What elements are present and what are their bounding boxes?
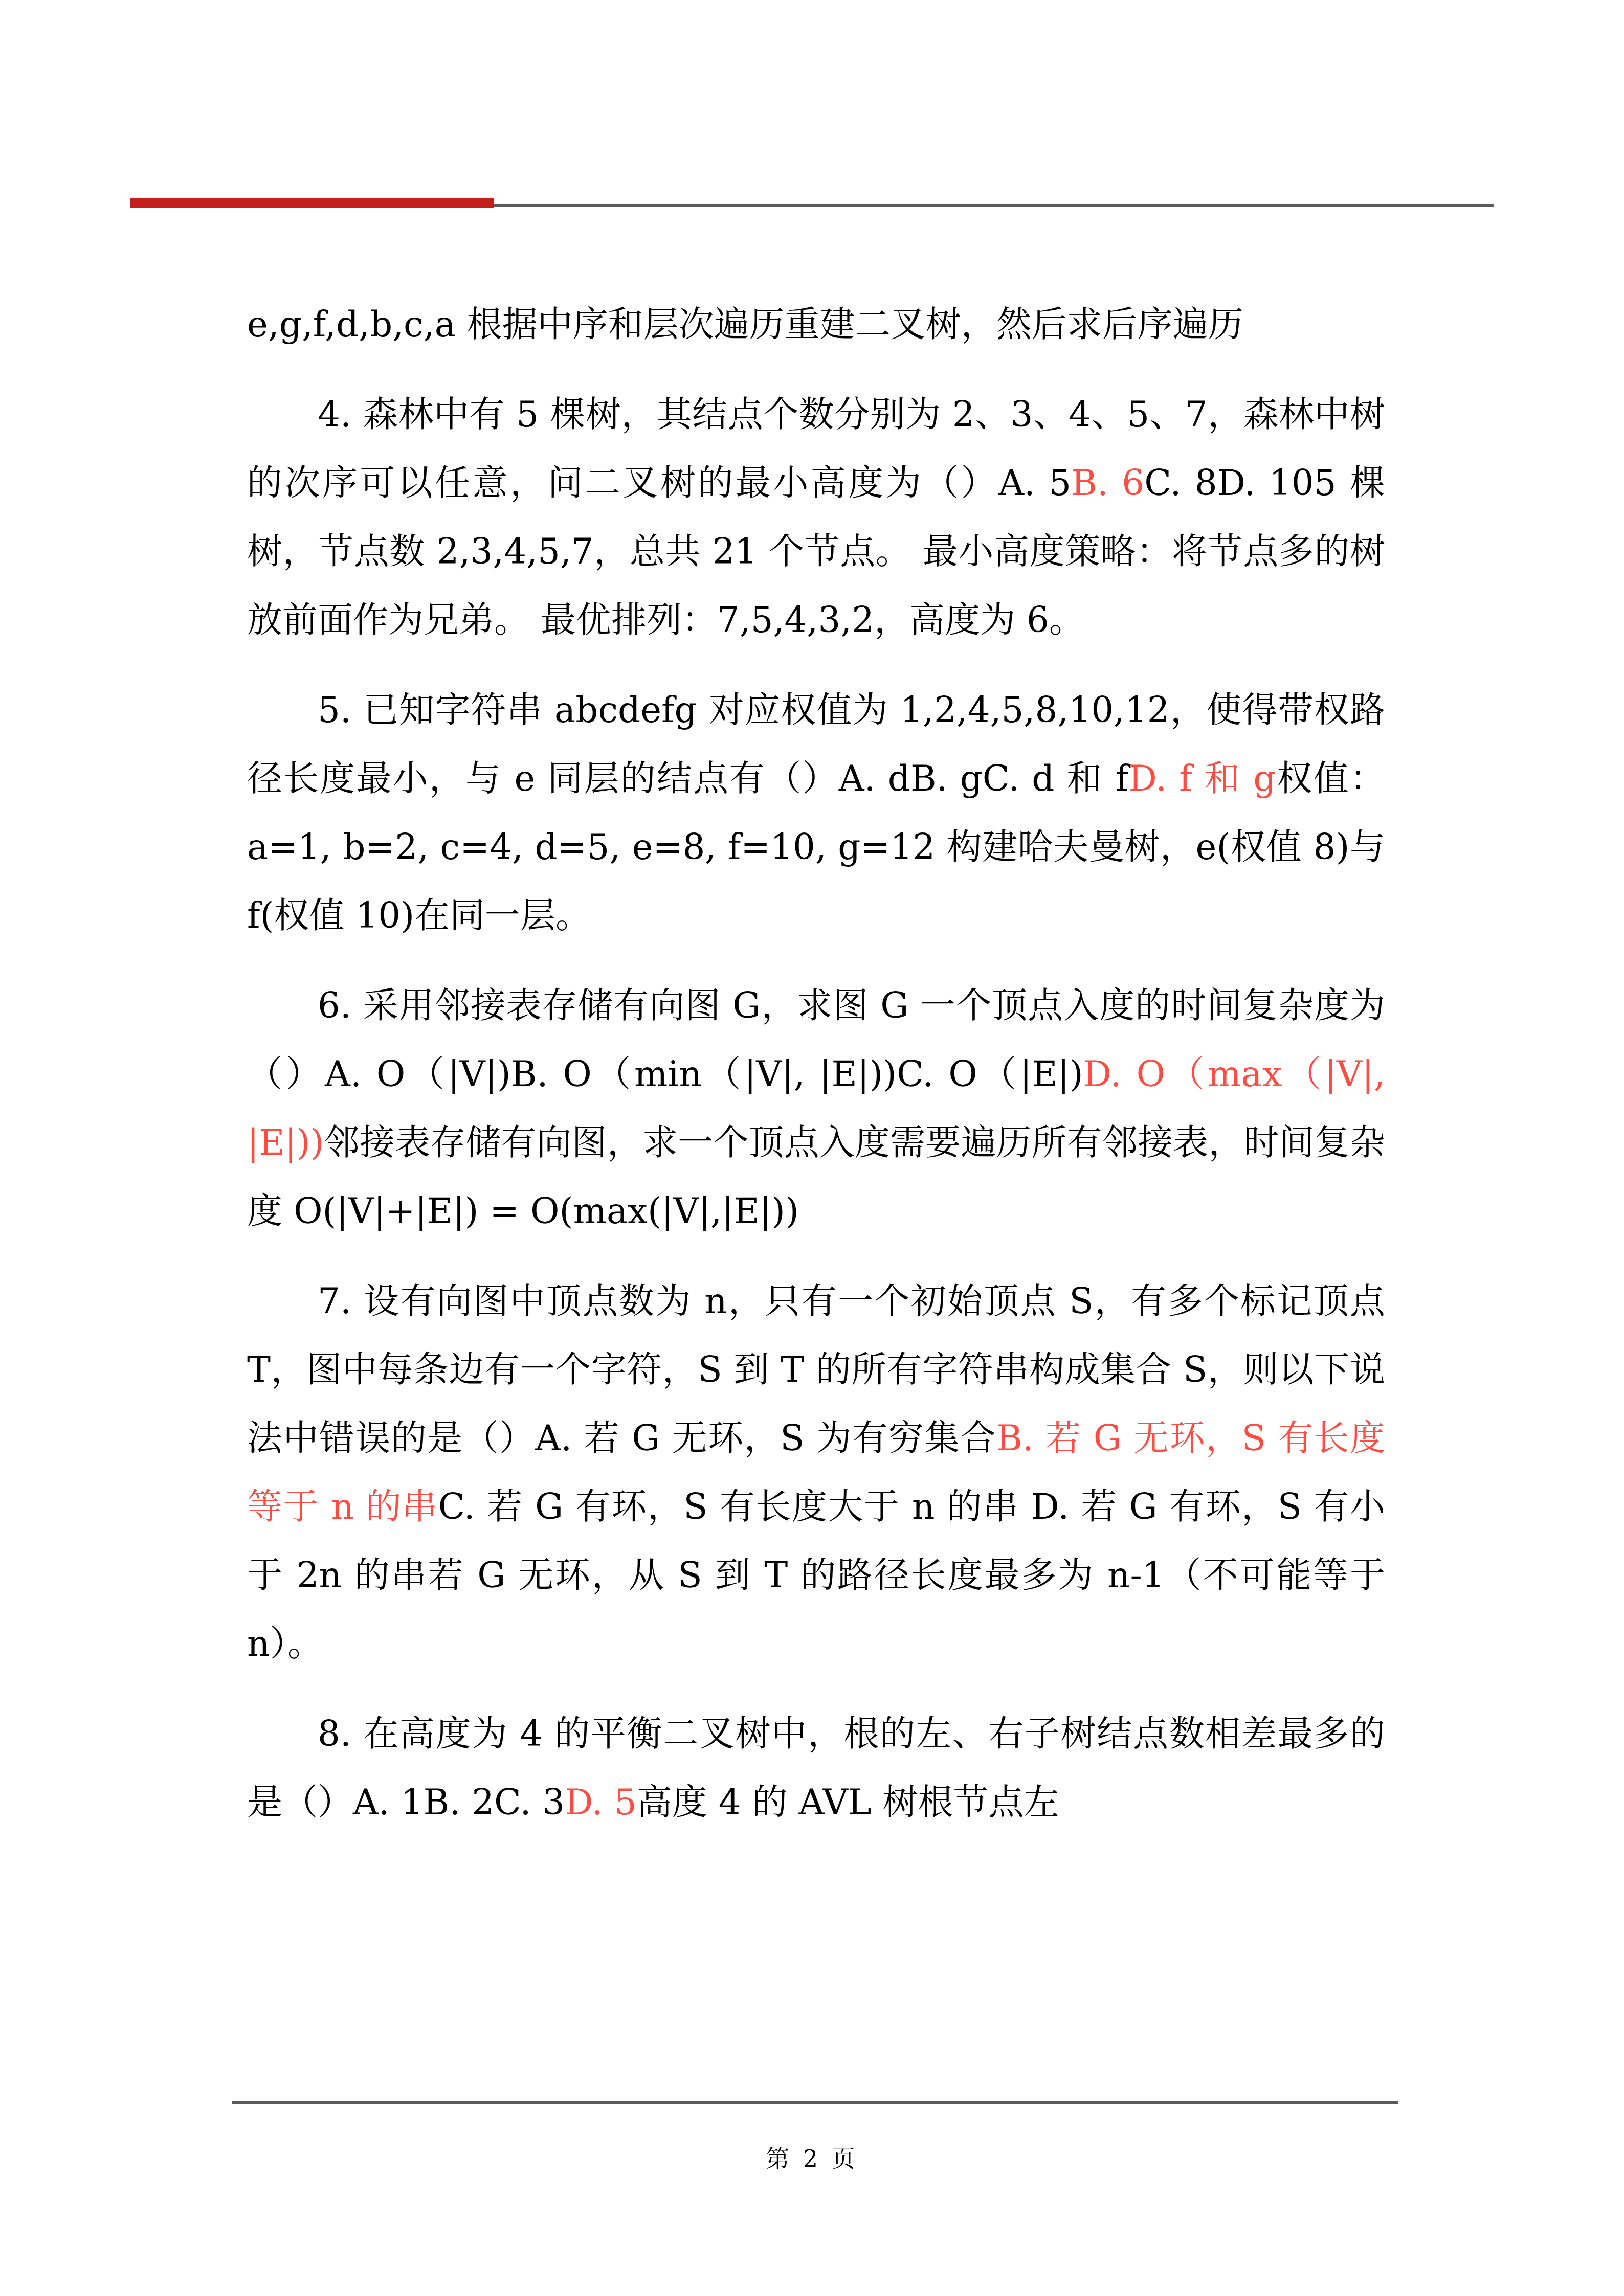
correct-answer: B. 6 [1071,463,1144,504]
header-accent-bar [130,198,494,208]
question-8: 8. 在高度为 4 的平衡二叉树中，根的左、右子树结点数相差最多的是（）A. 1… [247,1700,1385,1837]
correct-answer: D. f 和 g [1128,758,1276,799]
question-6: 6. 采用邻接表存储有向图 G，求图 G 一个顶点入度的时间复杂度为（）A. O… [247,972,1385,1246]
correct-answer: D. 5 [565,1782,637,1823]
question-5: 5. 已知字符串 abcdefg 对应权值为 1,2,4,5,8,10,12，使… [247,676,1385,950]
question-4: 4. 森林中有 5 棵树，其结点个数分别为 2、3、4、5、7，森林中树的次序可… [247,380,1385,655]
header-rule [494,204,1494,207]
text-segment: e,g,f,d,b,c,a 根据中序和层次遍历重建二叉树，然后求后序遍历 [247,304,1243,345]
question-7: 7. 设有向图中顶点数为 n，只有一个初始顶点 S，有多个标记顶点 T，图中每条… [247,1267,1385,1678]
page-number: 第 2 页 [0,2140,1624,2174]
explanation-text: 邻接表存储有向图，求一个顶点入度需要遍历所有邻接表，时间复杂度 O(|V|+|E… [247,1122,1385,1232]
paragraph-q3-tail: e,g,f,d,b,c,a 根据中序和层次遍历重建二叉树，然后求后序遍历 [247,290,1385,359]
document-body: e,g,f,d,b,c,a 根据中序和层次遍历重建二叉树，然后求后序遍历 4. … [247,290,1385,1858]
explanation-text: 高度 4 的 AVL 树根节点左 [637,1782,1059,1823]
footer-rule [232,2101,1398,2104]
